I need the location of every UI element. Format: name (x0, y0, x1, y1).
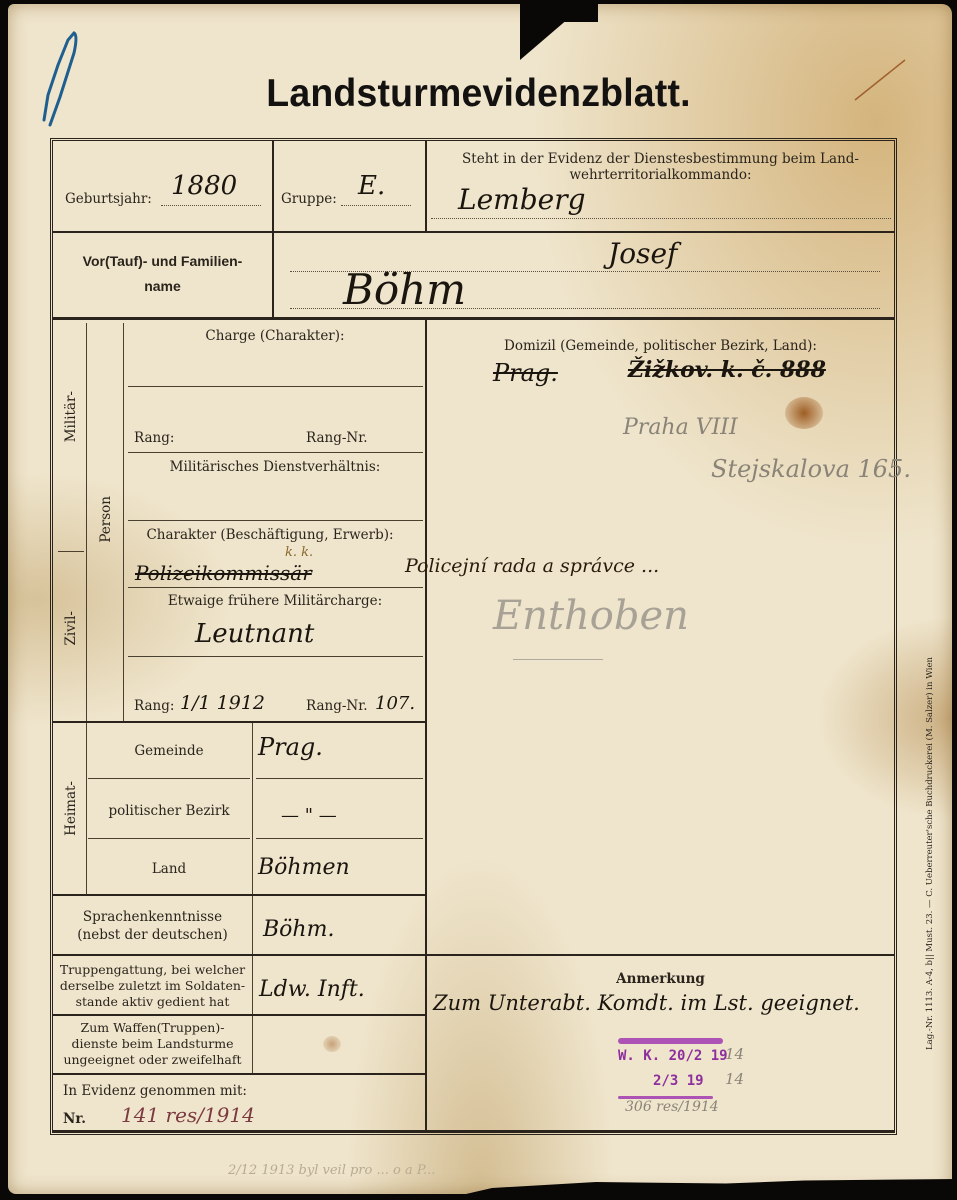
command-value: Lemberg (458, 183, 586, 216)
home-land-label: Land (88, 861, 250, 877)
stamp-line3: 306 res/1914 (625, 1099, 719, 1115)
pencil-underline (513, 659, 603, 660)
divider (53, 317, 894, 320)
name-label: Vor(Tauf)- und Familien- (53, 253, 272, 269)
divider (128, 520, 423, 521)
divider (86, 723, 87, 895)
stamp-line2: 2/3 19 (653, 1073, 704, 1089)
occupation-value-struck: Polizeikommissär (135, 561, 312, 585)
stamp-line2-suffix: 14 (725, 1070, 744, 1088)
civil-side-label: Zivil- (63, 611, 79, 646)
stamp-line1-suffix: 14 (725, 1045, 744, 1063)
troop-type-label-cont: derselbe zuletzt im Soldaten- (53, 978, 252, 993)
bottom-margin-note: 2/12 1913 byl veil pro ... o a P... (228, 1163, 435, 1178)
group-label: Gruppe: (281, 191, 337, 207)
home-gemeinde-label: Gemeinde (88, 743, 250, 759)
troop-type-value: Ldw. Inft. (259, 977, 365, 1002)
domicile-label: Domizil (Gemeinde, politischer Bezirk, L… (427, 338, 894, 354)
divider (425, 319, 427, 957)
occupation-value-new: Policejní rada a správce ... (405, 555, 659, 577)
domicile-value-line1: Žižkov. k. č. 888 (628, 357, 826, 383)
unfit-label-cont2: ungeeignet oder zweifelhaft (53, 1052, 252, 1067)
occupation-label: Charakter (Beschäftigung, Erwerb): (125, 527, 415, 543)
divider (88, 838, 250, 839)
domicile-value-struck: Prag. (493, 359, 558, 387)
remarks-label: Anmerkung (427, 971, 894, 987)
divider (53, 1014, 427, 1016)
divider (256, 778, 423, 779)
home-bezirk-value: — " — (281, 805, 337, 826)
unfit-label-cont: dienste beim Landsturme (53, 1036, 252, 1051)
service-label: Militärisches Dienstverhältnis: (125, 459, 425, 475)
unfit-label: Zum Waffen(Truppen)- (53, 1020, 252, 1035)
divider (123, 323, 124, 721)
divider (53, 721, 427, 723)
languages-value: Böhm. (263, 917, 334, 942)
form-grid: Geburtsjahr: 1880 Gruppe: E. Steht in de… (50, 138, 897, 1135)
domicile-value-line2: Praha VIII (623, 415, 738, 440)
divider (252, 723, 253, 957)
person-side-label: Person (98, 496, 114, 543)
divider (53, 1073, 427, 1075)
evidence-label: In Evidenz genommen mit: (63, 1083, 247, 1099)
birth-year-label: Geburtsjahr: (65, 191, 152, 207)
torn-corner (560, 0, 598, 22)
command-label: Steht in der Evidenz der Dienstesbestimm… (427, 151, 894, 167)
stamp-line1: W. K. 20/2 19 (618, 1048, 728, 1064)
charge-label: Charge (Charakter): (125, 328, 425, 344)
former-charge-label: Etwaige frühere Militärcharge: (125, 593, 425, 609)
fill-line (431, 218, 891, 219)
divider (53, 231, 894, 233)
divider (272, 141, 274, 233)
divider (53, 954, 894, 956)
evidence-nr-label: Nr. (63, 1111, 86, 1127)
rang-nr-label: Rang-Nr. (306, 430, 368, 446)
domicile-pencil-note: Enthoben (493, 593, 689, 639)
occupation-insert: k. k. (285, 545, 313, 560)
divider (128, 656, 423, 657)
domicile-value-line3: Stejskalova 165. (711, 455, 911, 483)
languages-label-cont: (nebst der deutschen) (53, 927, 252, 943)
home-land-value: Böhmen (258, 855, 350, 880)
surname-value: Böhm (343, 265, 466, 314)
page-title: Landsturmevidenzblatt. (19, 72, 938, 116)
evidence-nr-value: 141 res/1914 (121, 1103, 255, 1127)
divider (86, 323, 87, 721)
stamp-prefix: W. K. (618, 1048, 660, 1064)
former-charge-value: Leutnant (195, 619, 314, 649)
former-rang-label: Rang: (134, 698, 174, 714)
printer-imprint: Lag.-Nr. 1113. A-4, b|| Must. 23. — C. U… (925, 515, 935, 1050)
home-gemeinde-value: Prag. (258, 733, 323, 761)
first-name-value: Josef (608, 237, 677, 270)
name-label-cont: name (53, 278, 272, 294)
divider (58, 551, 84, 552)
divider (88, 778, 250, 779)
rang-label: Rang: (134, 430, 174, 446)
stamp-bar (618, 1038, 723, 1044)
stain (323, 1036, 341, 1052)
troop-type-label-cont2: stande aktiv gedient hat (53, 994, 252, 1009)
divider (128, 452, 423, 453)
divider (53, 1130, 894, 1132)
troop-type-label: Truppengattung, bei welcher (53, 962, 252, 977)
home-side-label: Heimat- (63, 781, 79, 836)
former-rang-value: 1/1 1912 (180, 692, 265, 714)
languages-label: Sprachenkenntnisse (53, 909, 252, 925)
home-bezirk-label: politischer Bezirk (88, 803, 250, 819)
remarks-value: Zum Unterabt. Komdt. im Lst. geeignet. (433, 991, 860, 1015)
group-value: E. (358, 171, 385, 201)
ink-stain (785, 397, 823, 429)
former-rang-nr-label: Rang-Nr. (306, 698, 368, 714)
divider (256, 838, 423, 839)
fill-line (341, 205, 411, 206)
divider (128, 386, 423, 387)
birth-year-value: 1880 (171, 171, 237, 201)
former-rang-nr-value: 107. (375, 693, 415, 714)
divider (53, 894, 427, 896)
divider (128, 587, 423, 588)
divider (272, 233, 274, 319)
fill-line (161, 205, 261, 206)
military-side-label: Militär- (63, 391, 79, 442)
stamp-date: 20/2 19 (669, 1048, 728, 1064)
command-label-cont: wehrterritorialkommando: (427, 167, 894, 183)
